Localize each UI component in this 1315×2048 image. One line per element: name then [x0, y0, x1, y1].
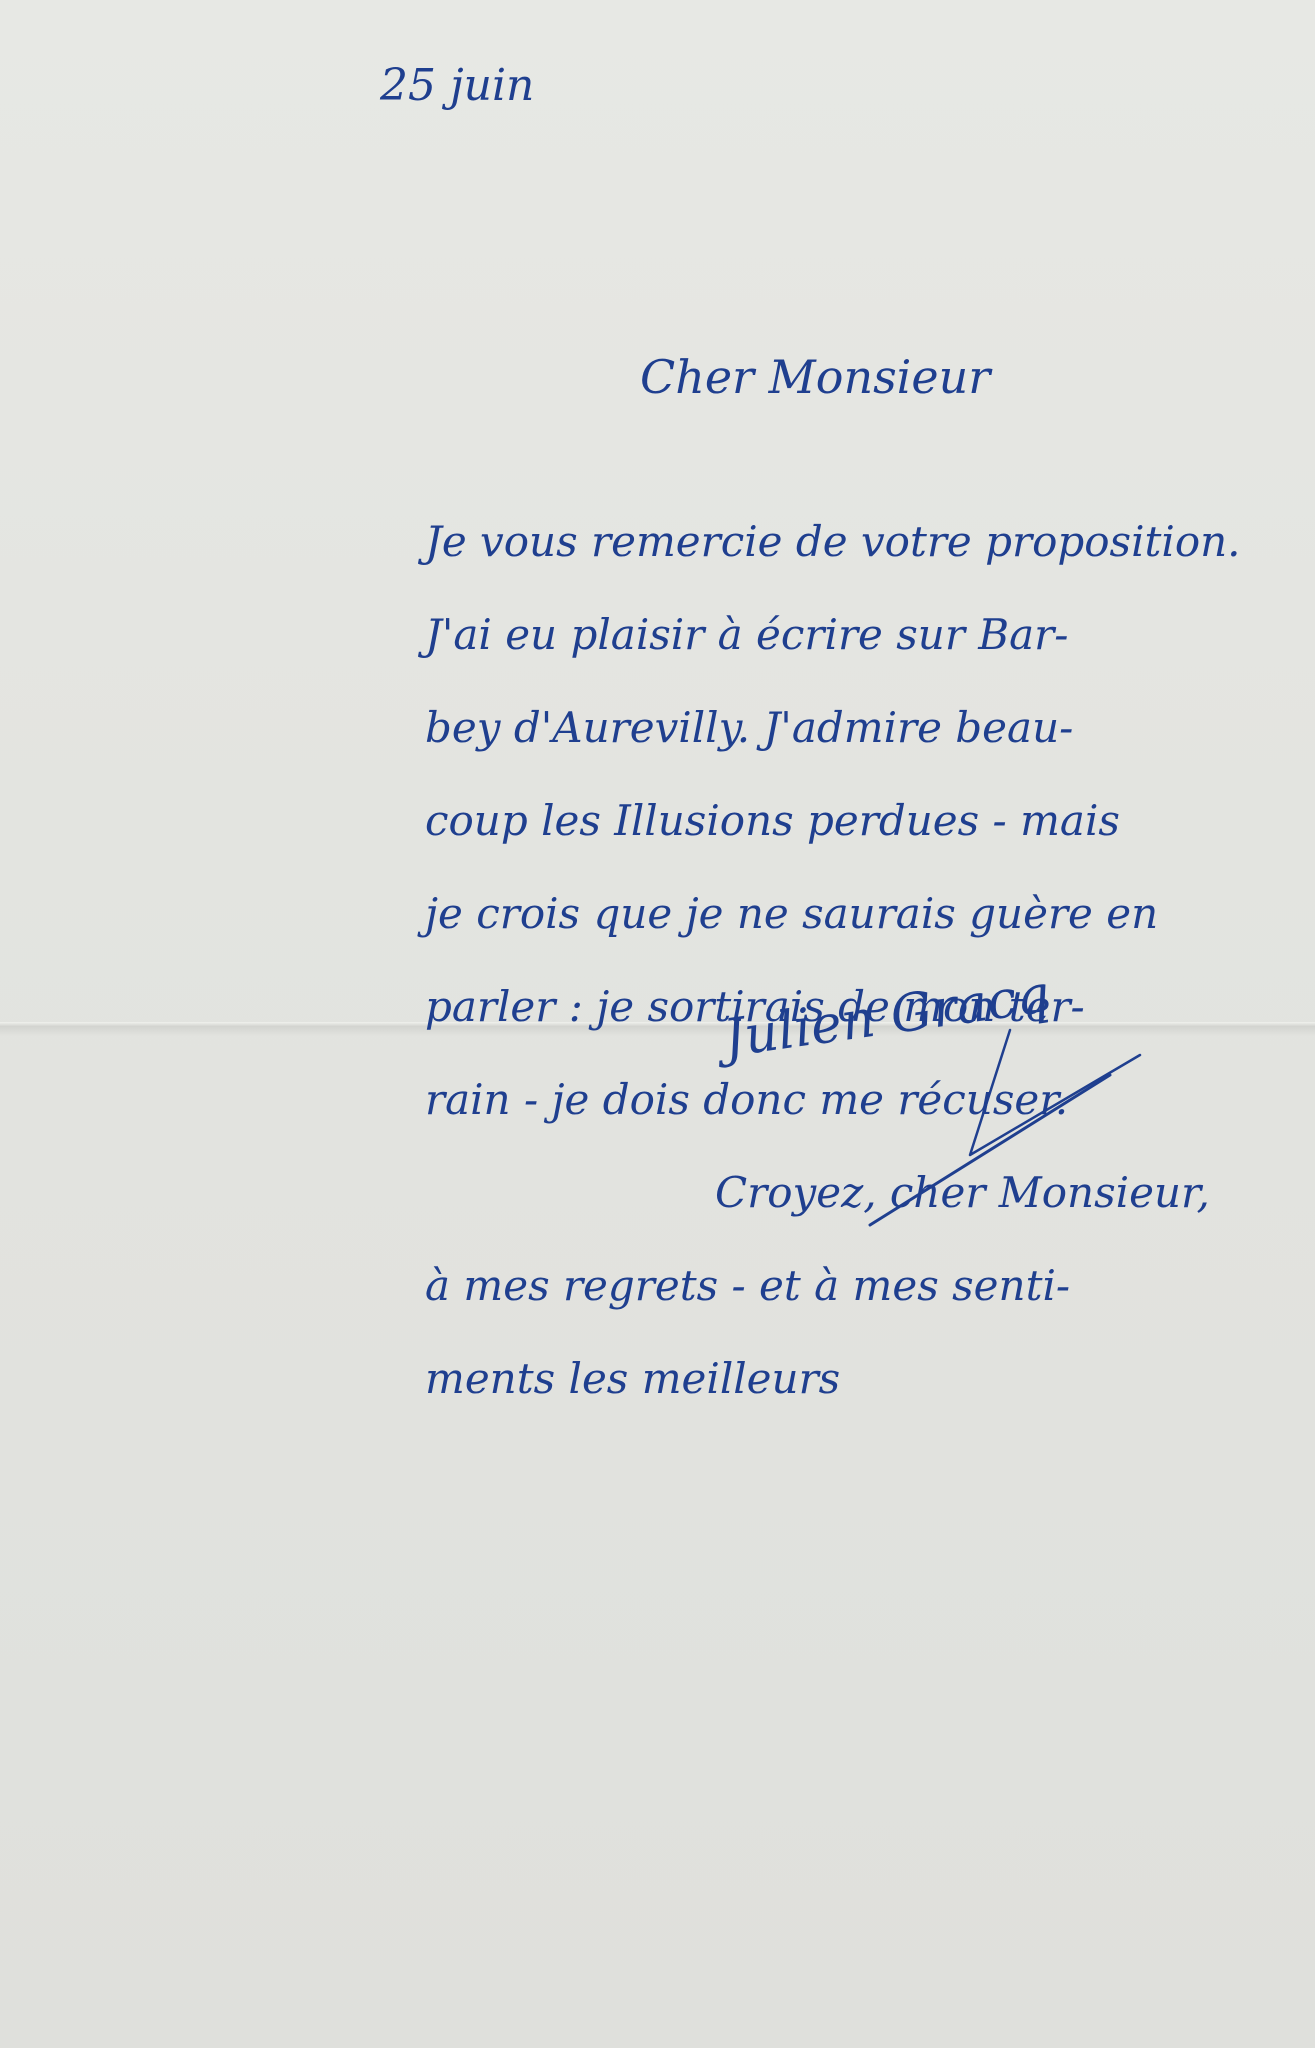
body-line: à mes regrets - et à mes senti- — [425, 1239, 1241, 1332]
body-line: coup les Illusions perdues - mais — [425, 774, 1241, 867]
body-line: Je vous remercie de votre proposition. — [425, 495, 1241, 588]
signature-flourish-icon — [860, 1020, 1180, 1240]
body-line: J'ai eu plaisir à écrire sur Bar- — [425, 588, 1241, 681]
body-line: ments les meilleurs — [425, 1332, 1241, 1425]
letter-page: 25 juin Cher Monsieur Je vous remercie d… — [0, 0, 1315, 2048]
body-line: bey d'Aurevilly. J'admire beau- — [425, 681, 1241, 774]
letter-date: 25 juin — [380, 60, 534, 111]
letter-body: Je vous remercie de votre proposition. J… — [425, 495, 1241, 1425]
body-line: je crois que je ne saurais guère en — [425, 867, 1241, 960]
letter-salutation: Cher Monsieur — [640, 350, 990, 404]
